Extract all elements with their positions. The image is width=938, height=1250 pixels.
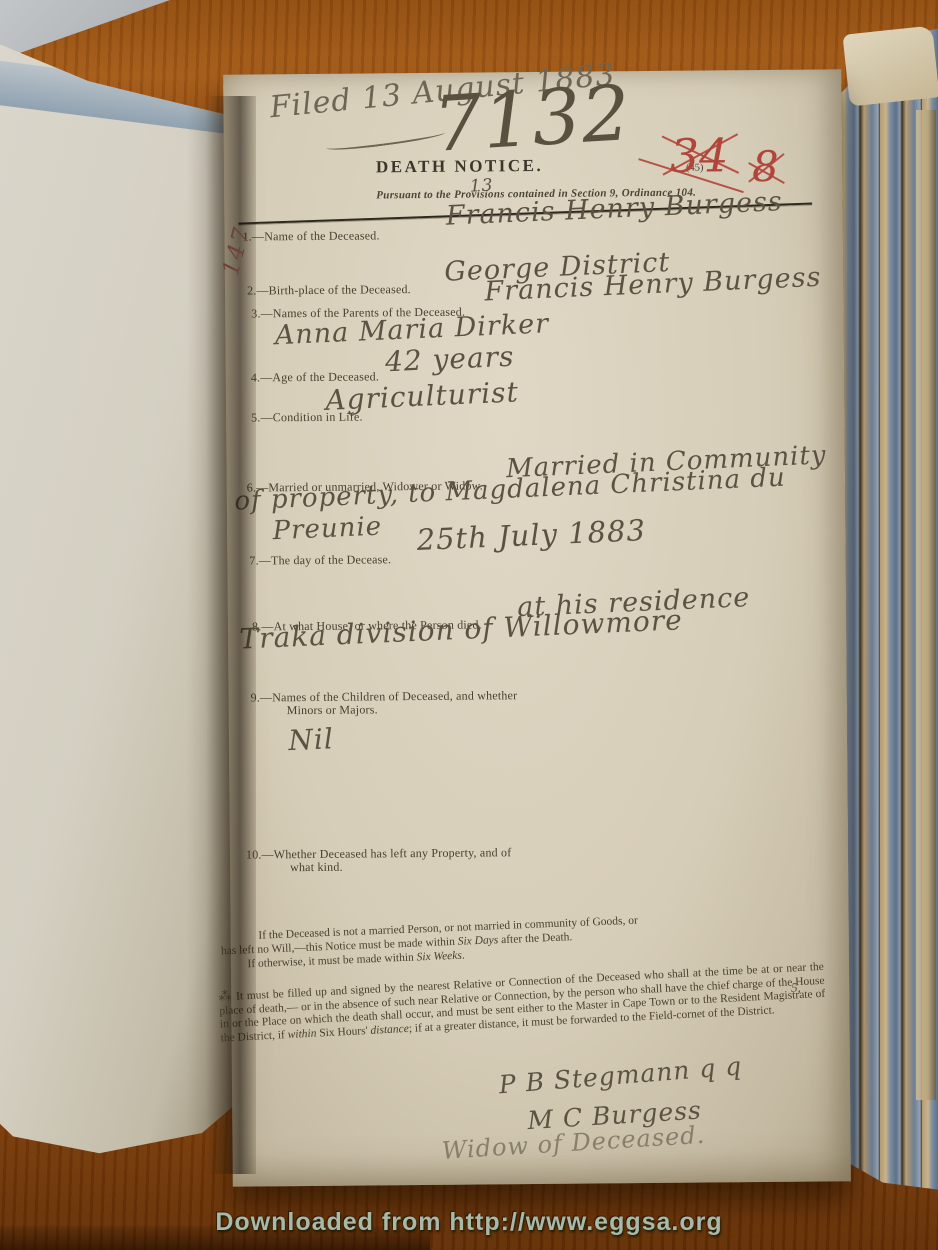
photo-scene: Filed 13 August 1883 7132 (45) 34 8 DEAT… [0, 0, 938, 1250]
note2-em1: within [287, 1027, 316, 1040]
note1-line3-em: Six Weeks [416, 950, 462, 964]
field-9-value: Nil [288, 722, 335, 757]
field-7-label: 7.—The day of the Decease. [249, 552, 391, 568]
field-10-label-line2: what kind. [290, 860, 343, 875]
asterism-mark: ⁂ [218, 988, 233, 1004]
wall-corner [0, 0, 170, 60]
note1-line2-text2: after the Death. [498, 931, 573, 946]
field-7-value: 25th July 1883 [416, 513, 647, 557]
note2-text2: Six Hours' [316, 1024, 371, 1039]
file-number: 7132 [432, 77, 633, 161]
field-8-value-line2: Traka division of Willowmore [239, 603, 684, 655]
note-paragraph-2: ⁂ It must be filled up and signed by the… [218, 959, 826, 1046]
field-2-label: 2.—Birth-place of the Deceased. [247, 282, 411, 298]
fore-edge-outer-strip [916, 110, 936, 1100]
field-4-value: 42 years [384, 340, 515, 379]
field-10-label-line1: 10.—Whether Deceased has left any Proper… [246, 845, 512, 862]
note1-line2-em: Six Days [457, 934, 498, 948]
field-1-label: 1.—Name of the Deceased. [243, 228, 380, 244]
form-title: DEATH NOTICE. [376, 156, 543, 177]
field-9-label-line2: Minors or Majors. [287, 702, 378, 718]
note2-em2: distance [370, 1022, 409, 1036]
side-number: 5, [791, 980, 801, 996]
note1-line3-text2: . [462, 950, 465, 962]
filed-underline-flourish [326, 128, 446, 154]
signature-agent: P B Stegmann q q [498, 1051, 743, 1099]
watermark-text: Downloaded from http://www.eggsa.org [0, 1208, 938, 1237]
field-6-value-line3: Preunie [272, 512, 383, 547]
field-5-value: Agriculturist [325, 375, 520, 416]
note-paragraph-1: If the Deceased is not a married Person,… [228, 906, 821, 972]
death-notice-page: Filed 13 August 1883 7132 (45) 34 8 DEAT… [223, 69, 851, 1186]
crossed-red-number-34: 34 [670, 128, 729, 183]
fore-edge-top-corner [842, 25, 938, 106]
crossed-red-number-8: 8 [752, 142, 779, 191]
